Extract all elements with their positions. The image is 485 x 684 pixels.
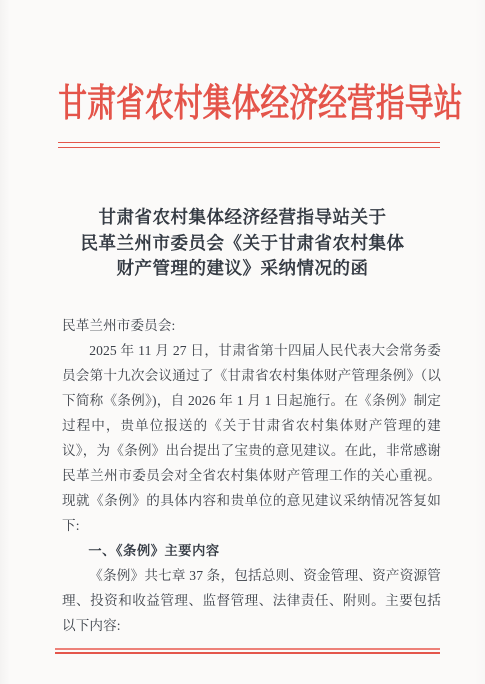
footer-rule-thin-line <box>55 648 440 650</box>
body-paragraph-1: 2025 年 11 月 27 日，甘肃省第十四届人民代表大会常务委员会第十九次会… <box>62 338 441 538</box>
document-title: 甘肃省农村集体经济经营指导站关于 民革兰州市委员会《关于甘肃省农村集体 财产管理… <box>30 205 455 282</box>
letterhead-double-rule <box>58 142 440 148</box>
section-heading-1: 一、《条例》主要内容 <box>62 538 441 563</box>
document-title-line-1: 甘肃省农村集体经济经营指导站关于 <box>30 205 455 231</box>
body-paragraph-2: 《条例》共七章 37 条，包括总则、资金管理、资产资源管理、投资和收益管理、监督… <box>62 563 441 638</box>
salutation: 民革兰州市委员会: <box>62 313 441 338</box>
scanned-letter-page: 甘肃省农村集体经济经营指导站 甘肃省农村集体经济经营指导站关于 民革兰州市委员会… <box>0 0 485 684</box>
document-title-line-3: 财产管理的建议》采纳情况的函 <box>30 256 455 282</box>
document-title-line-2: 民革兰州市委员会《关于甘肃省农村集体 <box>30 231 455 257</box>
letter-body: 民革兰州市委员会: 2025 年 11 月 27 日，甘肃省第十四届人民代表大会… <box>62 313 441 638</box>
footer-rule-thick-line <box>55 652 440 655</box>
letterhead-org-name: 甘肃省农村集体经济经营指导站 <box>58 83 427 127</box>
footer-double-rule <box>55 648 440 654</box>
